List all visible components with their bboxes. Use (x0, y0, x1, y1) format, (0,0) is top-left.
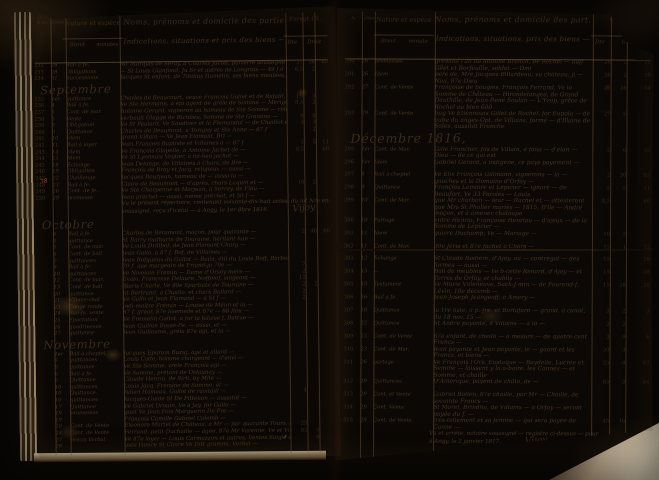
entry-text: uste Fanice St Claire Ve Ditt grammi, Ve… (125, 441, 291, 449)
entry-type: Bail à cheptel (374, 172, 434, 179)
entry-amount: 60 (626, 199, 650, 206)
entry-amount: 10 (287, 179, 304, 186)
entry-day: 19 (55, 411, 70, 418)
entry-amount: 6 (611, 112, 627, 119)
entry-amount: 3 (303, 93, 315, 100)
entry-day: 13 (54, 284, 69, 291)
entry-day: 5 (52, 116, 67, 123)
entry-amount: 28 (626, 257, 650, 264)
entry-day: 10 (55, 397, 70, 404)
entry-amount: 11 (626, 186, 650, 193)
entry-text: bug Ve Étiennouis Gillet de Rochel, for … (434, 111, 592, 131)
entry-number: 291 (345, 71, 362, 78)
column-header-brevet: Brevt (63, 42, 92, 48)
entry-number: 300 (344, 217, 361, 224)
entry-number: 293 (345, 110, 362, 117)
column-header-names: Noms, prénoms et domicile des part. — qu… (435, 15, 591, 25)
entry-amount: 5 (304, 139, 316, 146)
left-page-rows: 23228Bail à fe.Mr Marquis de Seray, à Ch… (34, 59, 333, 456)
entry-amount: 27 (593, 111, 611, 118)
entry-amount: 9 (610, 334, 626, 341)
signature: Vijoy (525, 438, 548, 447)
entry-row: 31529Cont. de Ventetrès-tellement et sa … (343, 418, 649, 432)
entry-type: — (374, 269, 434, 276)
entry-amount: 2 (610, 231, 626, 238)
entry-text: Françoise de bougies, François Ferrand, … (435, 85, 593, 112)
entry-day: 26 (360, 359, 373, 366)
entry-day: 14 (52, 149, 67, 156)
entry-type: promesse (68, 194, 122, 201)
entry-amount: 60 (316, 146, 329, 153)
entry-text: la 1re liste, à p.-fre. et Borlafard — g… (434, 308, 592, 322)
entry-amount: 3 (304, 120, 316, 127)
entry-amount: 15 (592, 270, 610, 277)
entry-amount: 5 (610, 186, 626, 193)
entry-amount: 25 (591, 360, 609, 367)
entry-amount: 8,5 (287, 146, 304, 153)
entry-day: 24 (54, 311, 69, 318)
entry-day: 7 (53, 258, 68, 265)
entry-day: 27 (54, 331, 69, 338)
entry-row: 29026promessesgrewlail l'an du antoine B… (345, 58, 651, 72)
entry-day: 26 (362, 58, 375, 65)
entry-day: 10 (361, 198, 374, 205)
entry-amount: 60 (317, 228, 330, 235)
column-header-indications: Indications, situations et prix des bien… (124, 36, 284, 46)
entry-amount: 2 (611, 73, 627, 80)
entry-type: quittance (69, 330, 123, 337)
entry-amount: 8 (304, 113, 316, 120)
entry-number: 315 (343, 418, 360, 425)
entry-number: 299 (344, 198, 361, 205)
entry-type: Cont. Vente (373, 405, 433, 412)
entry-day: 6 (55, 378, 70, 385)
entry-day: 23 (361, 333, 374, 340)
entry-row: 31126partageVe François l'Ors, Eustaque … (343, 359, 649, 380)
entry-day: 6 (53, 251, 68, 258)
entry-amount: 3 (609, 380, 625, 387)
horizontal-crease (339, 249, 653, 251)
entry-day: 6 (55, 371, 70, 378)
entry-day: 16 (361, 295, 374, 302)
red-ink-annotation: 38 (40, 178, 49, 186)
header-rule (374, 34, 434, 35)
entry-type: Cont. de Mar. (374, 198, 434, 205)
register-photo: № du Dates Nature et espèce Brevt minute… (0, 0, 659, 480)
right-page-content: № Dtes Nature et espèce Brevt minute Nom… (343, 11, 651, 460)
entry-amount: 2 (610, 322, 626, 329)
entry-amount: 6 (610, 147, 626, 154)
entry-amount: 20 (627, 60, 651, 67)
entry-number: 250 (36, 195, 53, 202)
entry-amount: 9 (307, 434, 319, 441)
month-heading: Décembre 1816, (344, 130, 650, 148)
column-header-names: Noms, prénoms et domicile des parties — (123, 16, 283, 27)
entry-day: 18 (52, 162, 67, 169)
entry-type: Partage (374, 217, 434, 224)
entry-day: 6 (53, 238, 68, 245)
entry-amount: 8,5 (592, 199, 610, 206)
entry-day: 29 (360, 379, 373, 386)
entry-day: 17 (55, 404, 70, 411)
left-page-content: № du Dates Nature et espèce Brevt minute… (33, 12, 332, 456)
entry-day: 12 (54, 278, 69, 285)
entry-text: St André payante, à Villains — à la — (434, 321, 592, 328)
entry-number: 249 (35, 189, 52, 196)
header-rule (63, 38, 123, 40)
entry-day: 29 (360, 418, 373, 425)
closing-note: Vu et arrêté, notaire soussigné — regist… (343, 431, 649, 448)
entry-day: 15 (52, 156, 67, 163)
entry-number: 303 (344, 256, 361, 263)
entry-amount: 11 (316, 139, 329, 146)
column-header-brevet: Brevt (374, 38, 403, 44)
entry-text: St Claude Radière, d'Ajoy, au — contrega… (434, 256, 592, 270)
entry-text: Bail de meubles — Ve b-cette Renard, d'A… (434, 269, 592, 283)
entry-text: 87e enfant, de cheilli — à mesure — de q… (434, 334, 592, 348)
column-header-minute: minutes (92, 42, 123, 48)
entry-type: Quittance (374, 321, 434, 328)
entry-number: 314 (343, 405, 360, 412)
entry-type: Quittance (374, 185, 434, 192)
entry-text: très-tellement et sa femme — qui sera pa… (433, 418, 591, 432)
entry-type: Bail à fe. (374, 295, 434, 302)
entry-number: 312 (343, 379, 360, 386)
column-header-enr-date: Dte (591, 39, 609, 45)
header-rule (284, 35, 328, 37)
entry-amount: 10 (592, 231, 610, 238)
entry-text: guivre Duchamp, Ve — Mariage — (434, 231, 592, 238)
entry-day: 11 (361, 230, 374, 237)
entry-number: 304 (344, 269, 361, 276)
entry-number: 290 (345, 58, 362, 65)
entry-day: 1er (361, 159, 374, 166)
entry-row: 31429Cont. VenteSt Morel, Brindha, de Vi… (343, 405, 649, 419)
entry-text: que Mr charbon — leur — Rachel et — atte… (434, 198, 592, 218)
entry-amount: 2 (304, 126, 316, 133)
entry-row: 29910Cont. de Mar.que Mr charbon — leur … (344, 198, 650, 219)
entry-amount: 26 (593, 72, 611, 79)
entry-day: 23 (52, 182, 67, 189)
entry-day: 9 (52, 129, 67, 136)
entry-amount: 2 (592, 147, 610, 154)
entry-amount: 20 (627, 73, 651, 80)
column-header-nature: Nature et espèce (62, 19, 122, 28)
entry-text: St Morel, Brindha, de Villains — à Orfay… (433, 405, 591, 419)
entry-day: 11 (52, 142, 67, 149)
entry-row: 29227Cont. de VenteFrançoise de bougies,… (345, 84, 651, 111)
column-header-enregistrement: Enregt (591, 16, 649, 22)
entry-day: 19 (52, 169, 67, 176)
entry-type: Cont. de Vente (373, 418, 433, 425)
entry-amount: 2 (610, 309, 626, 316)
entry-day: 22 (52, 175, 67, 182)
entry-day: 23 (54, 304, 69, 311)
entry-type: précis Verbal (70, 436, 124, 443)
entry-number: 308 (344, 321, 361, 328)
entry-number: 307 (344, 308, 361, 315)
entry-number: 298 (344, 185, 361, 192)
entry-row: 31329Cont. et VenteGabriel Bollen, 87e c… (343, 392, 649, 406)
entry-day: 25 (54, 317, 69, 324)
entry-amount: 3 (592, 334, 610, 341)
entry-amount: 15 (626, 147, 650, 154)
entry-amount: 16 (609, 419, 625, 426)
entry-number: 310 (343, 346, 360, 353)
entry-row: 31023Cont. de Mar.Jean payante et Jean p… (343, 346, 649, 360)
entry-day: 21 (54, 298, 69, 305)
entry-day: 15 (361, 282, 374, 289)
entry-type: Cont. de Vente (374, 333, 434, 340)
entry-row: 30415—Bail de meubles — Ve b-cette Renar… (344, 269, 650, 283)
entry-amount: 2 (288, 229, 305, 236)
entry-text: Gabriel Gérard, à indigène, ce pays paye… (434, 159, 592, 166)
entry-amount: 2 (303, 66, 315, 73)
entry-amount: 2 (289, 295, 306, 302)
entry-day: 10 (53, 271, 68, 278)
entry-day: 27 (362, 84, 375, 91)
entry-amount: 2 (592, 173, 610, 180)
entry-type: Idem (374, 230, 434, 237)
entry-amount: 46 (305, 229, 317, 236)
entry-amount: 2 (592, 322, 610, 329)
entry-day: 24 (55, 430, 70, 437)
entry-amount: 60 (315, 59, 328, 66)
entry-amount: 64 (625, 380, 649, 387)
entry-text: Ve Marie Villeneuve, Sack-J-min — de Fou… (434, 282, 592, 296)
entry-text: entre Henrio, Françoise Henriou — d'iceu… (434, 218, 592, 232)
entry-row: 30515TestamentVe Marie Villeneuve, Sack-… (344, 282, 650, 296)
entry-type: Idem (375, 71, 435, 78)
column-header-indications: Indications, situations, prix des biens … (435, 35, 591, 44)
entry-day: 8 (52, 123, 67, 130)
column-header-minute: minute (403, 39, 434, 45)
header-rule (591, 35, 649, 36)
entry-amount: 3 (626, 309, 650, 316)
entry-row: 29126Idempère de, Mre Jacques Billardeau… (345, 71, 651, 85)
entry-text: François Lemaire et Lépicier — ignoré — … (434, 185, 592, 199)
entry-text: Gabriel Bollen, 87e chaille, par Mr — Ch… (433, 392, 591, 406)
column-header-enr-date: Dte (284, 40, 301, 46)
entry-amount: 26 (593, 59, 611, 66)
entry-number: 246 (35, 169, 52, 176)
entry-number: 297 (344, 172, 361, 179)
entry-amount: 36 (303, 59, 315, 66)
entry-day: 18 (361, 308, 374, 315)
page-stack-edge-left (14, 12, 37, 461)
entry-day: 23 (360, 346, 373, 353)
entry-type: Quittance (374, 308, 434, 315)
entry-amount: 85 (591, 380, 609, 387)
entry-day: 15 (361, 269, 374, 276)
entry-amount: 20 (626, 283, 650, 290)
entry-text: Ve François l'Ors, Eustaque — Baydelle, … (433, 360, 591, 380)
entry-day: 9 (53, 265, 68, 272)
column-header-number: № (345, 16, 362, 21)
entry-day: 10 (55, 384, 70, 391)
entry-day: 29 (53, 195, 68, 202)
entry-amount: 27 (593, 85, 611, 92)
entry-day: 27 (55, 437, 70, 444)
entry-amount: 3 (307, 427, 319, 434)
entry-number: 305 (344, 282, 361, 289)
entry-text: Jean payante et Jean payante, le — gaard… (433, 347, 591, 361)
entry-day: 8 (361, 172, 374, 179)
entry-row: 2989QuittanceFrançois Lemaire et Lépicie… (344, 185, 650, 199)
column-header-enr-droit: Droit (301, 39, 328, 45)
entry-day: 9 (361, 185, 374, 192)
column-header-enregistrement: Enregt 18.. (283, 16, 327, 23)
entry-amount: 9 (609, 360, 625, 367)
entry-row: 30923Cont. de Vente87e enfant, de cheill… (344, 333, 650, 347)
entry-amount: 15 (592, 283, 610, 290)
entry-day: 12 (361, 256, 374, 263)
entry-row: 30718Quittancela 1re liste, à p.-fre. et… (344, 308, 650, 322)
column-header-nature: Nature et espèce (374, 15, 434, 23)
entry-number: 234 (34, 76, 51, 83)
entry-number: 245 (35, 162, 52, 169)
entry-amount: 4 (290, 388, 307, 395)
entry-text: grewlail l'an du antoine Branch, de Roch… (435, 59, 593, 73)
entry-day: 6 (55, 364, 70, 371)
entry-text: Jean-Joseph Jeangeoff, à Amery — (434, 295, 592, 302)
entry-text: père de, Mre Jacques Billardeau, vu chât… (435, 72, 593, 86)
entry-number: 311 (343, 359, 360, 366)
entry-day: 29 (362, 110, 375, 117)
entry-amount: 36 (611, 86, 627, 93)
entry-amount: 2 (611, 60, 627, 67)
entry-amount: 6,5 (286, 66, 303, 73)
entry-amount: 30 (610, 173, 626, 180)
entry-day: 29 (360, 392, 373, 399)
entry-type: Cont. de Vente (375, 110, 435, 117)
entry-amount: 8,5 (286, 100, 303, 107)
right-page-header: № Dtes Nature et espèce Brevt minute Nom… (345, 11, 651, 60)
entry-day: 19 (55, 417, 70, 424)
entry-row: 30312ÉchangeSt Claude Radière, d'Ajoy, a… (344, 256, 650, 270)
entry-row: 2978Bail à cheptelVe Elix François Gillm… (344, 172, 650, 186)
entry-type: Échange (374, 256, 434, 263)
entry-number: 296 (344, 159, 361, 166)
entry-amount: 28 (626, 270, 650, 277)
entry-day: 22 (361, 321, 374, 328)
entry-number: 306 (344, 295, 361, 302)
entry-row: 29329Cont. de Ventebug Ve Étiennouis Gil… (344, 110, 650, 131)
entry-day: 10 (52, 136, 67, 143)
entry-amount: 2 (303, 100, 315, 107)
entry-type: Quittances (373, 379, 433, 386)
entry-day: 29 (360, 405, 373, 412)
column-header-number: № du (33, 21, 50, 26)
left-page-header: № du Dates Nature et espèce Brevt minute… (33, 12, 328, 64)
column-header-enr-droit: Droit (609, 39, 649, 45)
entry-day: 28 (51, 62, 66, 69)
entry-day: 6 (53, 245, 68, 252)
entry-day: 10 (361, 217, 374, 224)
entry-number: 301 (344, 230, 361, 237)
entry-type: Cont. de Vente (375, 84, 435, 91)
entry-number: 313 (343, 392, 360, 399)
left-page: № du Dates Nature et espèce Brevt minute… (23, 6, 340, 460)
entry-text: Gille Francher, fils de Villain, à fana … (434, 146, 592, 160)
entry-type: Testament (374, 282, 434, 289)
entry-amount: 28 (610, 283, 626, 290)
entry-day: 5 (51, 109, 66, 116)
right-page: № Dtes Nature et espèce Brevt minute Nom… (335, 5, 655, 464)
entry-amount: 83 (626, 173, 650, 180)
entry-day: 4 (51, 103, 66, 110)
entry-day: 26 (54, 324, 69, 331)
entry-day: 28 (56, 443, 71, 450)
entry-type: promesses (375, 58, 435, 65)
entry-amount: 2 (306, 281, 318, 288)
entry-row: 2951erCont. de Mar.Gille Francher, fils … (344, 146, 650, 160)
entry-type: partage (373, 359, 433, 366)
entry-day: 28 (51, 69, 66, 76)
entry-amount: 5 (592, 186, 610, 193)
entry-type: promesses (70, 410, 124, 417)
entry-day: 26 (52, 188, 67, 195)
entry-amount: 34 (627, 86, 651, 93)
entry-amount: 45 (591, 419, 609, 426)
entry-day: 6 (55, 358, 70, 365)
entry-amount: 3 (592, 309, 610, 316)
entry-amount: 3 (287, 120, 304, 127)
entry-amount: 15 (592, 257, 610, 264)
entry-type: Idem (374, 159, 434, 166)
entry-amount: 3 (609, 347, 625, 354)
entry-amount: 25 (290, 421, 307, 428)
entry-type: Cont. de Mar. (373, 346, 433, 353)
right-page-rows: 29026promessesgrewlail l'an du antoine B… (343, 58, 651, 460)
entry-day: 10 (55, 391, 70, 398)
entry-amount: 2 (304, 179, 316, 186)
entry-row: 30010Partageentre Henrio, Françoise Henr… (344, 217, 650, 231)
entry-amount: 67 (625, 361, 649, 368)
entry-amount: 85 (290, 427, 307, 434)
entry-amount: 30 (591, 347, 609, 354)
entry-type: Successions (66, 75, 120, 82)
entry-day: 26 (362, 71, 375, 78)
entry-type: Cont. et Vente (373, 392, 433, 399)
entry-day: 20 (54, 291, 69, 298)
entry-number: 292 (345, 84, 362, 91)
entry-text: D'Amérique, payent de chillo, de — (433, 379, 591, 386)
entry-day: 31 (51, 76, 66, 83)
entry-day: 20 (55, 424, 70, 431)
entry-text: Ve Elix François Gillmann, vignerons — l… (434, 172, 592, 186)
entry-number: 309 (344, 333, 361, 340)
entry-amount: 6 (626, 335, 650, 342)
